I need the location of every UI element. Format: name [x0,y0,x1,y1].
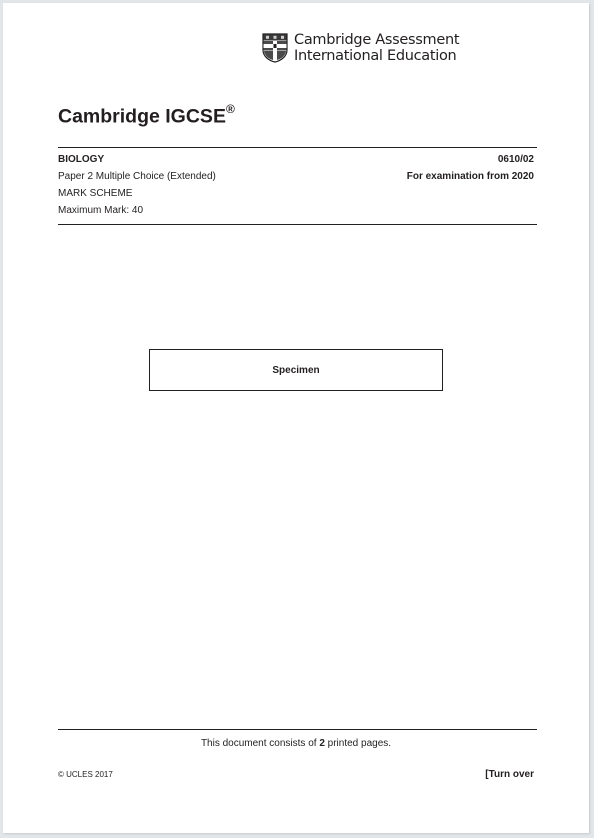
page-count-suffix: printed pages. [325,738,391,749]
page-count-note: This document consists of 2 printed page… [3,738,589,749]
logo-line-1: Cambridge Assessment [294,32,459,48]
header-bottom-divider [58,224,537,225]
brand-title-text: Cambridge IGCSE [58,106,226,128]
exam-from: For examination from 2020 [407,171,534,182]
specimen-box: Specimen [149,349,443,391]
footer-divider [58,729,537,730]
document-page: Cambridge Assessment International Educa… [3,3,589,833]
maximum-mark: Maximum Mark: 40 [58,205,143,216]
subject: BIOLOGY [58,154,104,165]
turn-over: [Turn over [485,769,534,780]
brand-title: Cambridge IGCSE® [58,104,235,129]
logo-line-2: International Education [294,48,459,64]
cambridge-shield-icon [262,33,288,63]
paper-title: Paper 2 Multiple Choice (Extended) [58,171,216,182]
registered-mark: ® [226,102,235,116]
cambridge-logo: Cambridge Assessment International Educa… [262,32,459,64]
page-count-prefix: This document consists of [201,738,319,749]
specimen-label: Specimen [272,365,319,376]
top-divider [58,147,537,148]
document-type: MARK SCHEME [58,188,132,199]
copyright: © UCLES 2017 [58,770,113,779]
syllabus-code: 0610/02 [498,154,534,165]
